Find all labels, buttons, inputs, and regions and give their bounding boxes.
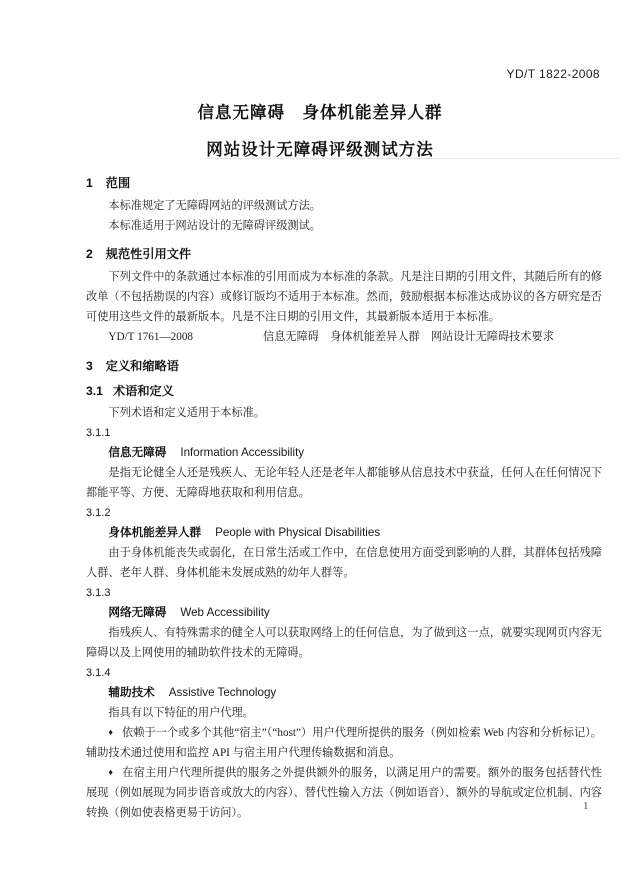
clause-number-312: 3.1.2 bbox=[86, 503, 602, 523]
section-number: 1 bbox=[86, 176, 93, 190]
document-body: 1范围 本标准规定了无障碍网站的评级测试方法。 本标准适用于网站设计的无障碍评级… bbox=[86, 167, 602, 823]
reference-code: YD/T 1761—2008 bbox=[108, 331, 193, 343]
scan-artifact-line bbox=[205, 158, 620, 159]
term-zh: 信息无障碍 bbox=[108, 446, 166, 459]
bullet-text: 在宿主用户代理所提供的服务之外提供额外的服务，以满足用户的需要。额外的服务包括替… bbox=[86, 767, 602, 819]
clause-number-311: 3.1.1 bbox=[86, 423, 602, 443]
clause-number-313: 3.1.3 bbox=[86, 583, 602, 603]
section-title: 范围 bbox=[106, 176, 130, 190]
bullet-text: 依赖于一个或多个其他“宿主”（“host”）用户代理所提供的服务（例如检索 We… bbox=[86, 727, 602, 759]
paragraph-references: 下列文件中的条款通过本标准的引用而成为本标准的条款。凡是注日期的引用文件，其随后… bbox=[86, 267, 602, 327]
page-number: 1 bbox=[583, 800, 589, 812]
document-page: YD/T 1822-2008 信息无障碍 身体机能差异人群 网站设计无障碍评级测… bbox=[0, 0, 640, 882]
doc-number: YD/T 1822-2008 bbox=[507, 67, 600, 81]
section-number: 3 bbox=[86, 359, 93, 373]
section-heading-scope: 1范围 bbox=[86, 173, 602, 193]
paragraph-scope-2: 本标准适用于网站设计的无障碍评级测试。 bbox=[86, 216, 602, 236]
term-heading-assistive-technology: 辅助技术Assistive Technology bbox=[86, 683, 602, 703]
clause-number-314: 3.1.4 bbox=[86, 663, 602, 683]
term-heading-web-accessibility: 网络无障碍Web Accessibility bbox=[86, 603, 602, 623]
term-en: Assistive Technology bbox=[169, 686, 276, 699]
subsection-heading-terms: 3.1术语和定义 bbox=[86, 381, 602, 401]
term-en: People with Physical Disabilities bbox=[215, 526, 380, 539]
bullet-item: ♦依赖于一个或多个其他“宿主”（“host”）用户代理所提供的服务（例如检索 W… bbox=[86, 723, 602, 763]
paragraph-scope-1: 本标准规定了无障碍网站的评级测试方法。 bbox=[86, 196, 602, 216]
term-zh: 辅助技术 bbox=[108, 686, 154, 699]
section-heading-references: 2规范性引用文件 bbox=[86, 244, 602, 264]
term-definition: 由于身体机能丧失或弱化，在日常生活或工作中，在信息使用方面受到影响的人群，其群体… bbox=[86, 543, 602, 583]
term-heading-information-accessibility: 信息无障碍Information Accessibility bbox=[86, 443, 602, 463]
term-definition: 指残疾人、有特殊需求的健全人可以获取网络上的任何信息，为了做到这一点，就要实现网… bbox=[86, 623, 602, 663]
term-heading-people-with-physical-disabilities: 身体机能差异人群People with Physical Disabilitie… bbox=[86, 523, 602, 543]
term-zh: 身体机能差异人群 bbox=[108, 526, 201, 539]
section-title: 定义和缩略语 bbox=[106, 359, 179, 373]
term-en: Information Accessibility bbox=[180, 446, 304, 459]
page-title-line2: 网站设计无障碍评级测试方法 bbox=[0, 136, 640, 160]
bullet-diamond-icon: ♦ bbox=[108, 767, 113, 777]
bullet-item: ♦在宿主用户代理所提供的服务之外提供额外的服务，以满足用户的需要。额外的服务包括… bbox=[86, 763, 602, 823]
subsection-title: 术语和定义 bbox=[113, 384, 174, 398]
term-definition: 指具有以下特征的用户代理。 bbox=[86, 703, 602, 723]
subsection-number: 3.1 bbox=[86, 384, 103, 398]
paragraph-terms-intro: 下列术语和定义适用于本标准。 bbox=[86, 403, 602, 423]
term-definition: 是指无论健全人还是残疾人、无论年轻人还是老年人都能够从信息技术中获益，任何人在任… bbox=[86, 463, 602, 503]
bullet-diamond-icon: ♦ bbox=[108, 727, 113, 737]
term-en: Web Accessibility bbox=[180, 606, 269, 619]
reference-entry: YD/T 1761—2008信息无障碍 身体机能差异人群 网站设计无障碍技术要求 bbox=[86, 327, 602, 347]
section-number: 2 bbox=[86, 247, 93, 261]
reference-title: 信息无障碍 身体机能差异人群 网站设计无障碍技术要求 bbox=[263, 331, 554, 343]
section-heading-definitions: 3定义和缩略语 bbox=[86, 356, 602, 376]
term-zh: 网络无障碍 bbox=[108, 606, 166, 619]
page-title-line1: 信息无障碍 身体机能差异人群 bbox=[0, 99, 640, 123]
document-title: 信息无障碍 身体机能差异人群 网站设计无障碍评级测试方法 bbox=[0, 99, 640, 160]
section-title: 规范性引用文件 bbox=[106, 247, 191, 261]
